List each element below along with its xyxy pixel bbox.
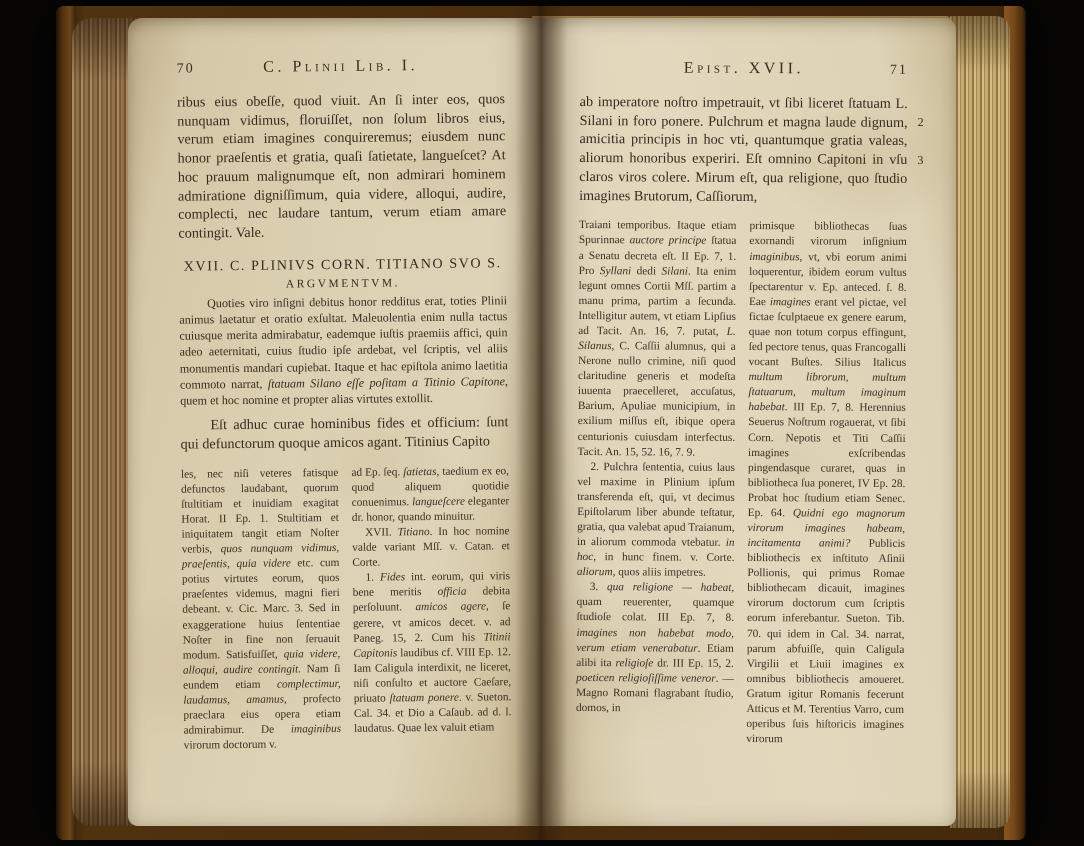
photo-background: 70 C. Plinii Lib. I. ribus eius obeſſe, … xyxy=(0,0,1084,846)
right-page-header: Epist. XVII. 71 xyxy=(580,59,908,79)
commentary-block: les, nec niſi veteres fatisque defunctos… xyxy=(181,464,512,754)
commentary-column: ad Ep. ſeq. ſatietas, taedium ex eo, quo… xyxy=(351,464,511,752)
commentary-block: Traiani temporibus. Itaque etiam Spurinn… xyxy=(576,218,907,748)
letter-body-wrap: ab imperatore noſtro impetrauit, vt ſibi… xyxy=(579,93,908,207)
page-spread: 70 C. Plinii Lib. I. ribus eius obeſſe, … xyxy=(128,18,956,826)
commentary-paragraph: 2. Pulchra ſententia, cuius laus vel max… xyxy=(577,460,735,582)
commentary-paragraph: Traiani temporibus. Itaque etiam Spurinn… xyxy=(578,218,737,460)
argument-text: Quoties viro inſigni debitus honor reddi… xyxy=(179,292,508,409)
open-book: 70 C. Plinii Lib. I. ribus eius obeſſe, … xyxy=(56,6,1026,840)
left-page-content: 70 C. Plinii Lib. I. ribus eius obeſſe, … xyxy=(128,18,542,754)
commentary-paragraph: primisque bibliothecas ſuas exornandi vi… xyxy=(746,219,907,748)
page-number: 71 xyxy=(862,63,908,79)
commentary-column: Traiani temporibus. Itaque etiam Spurinn… xyxy=(576,218,737,747)
gilt-page-edges-right xyxy=(950,16,1010,828)
right-page: Epist. XVII. 71 ab imperatore noſtro imp… xyxy=(542,18,956,826)
section-number-2: 2 xyxy=(918,115,924,130)
commentary-paragraph: ad Ep. ſeq. ſatietas, taedium ex eo, quo… xyxy=(351,464,509,526)
commentary-paragraph: XVII. Titiano. In hoc nomine valde varia… xyxy=(352,524,510,571)
page-fore-edges-left xyxy=(72,18,136,826)
commentary-paragraph: 3. qua religione — habeat, quam reuerent… xyxy=(576,580,734,717)
commentary-column: primisque bibliothecas ſuas exornandi vi… xyxy=(746,219,907,748)
letter-body-text: ribus eius obeſſe, quod viuit. An ſi int… xyxy=(177,90,507,243)
letter-body-text: Eſt adhuc curae hominibus fides et offic… xyxy=(180,413,508,454)
right-page-content: Epist. XVII. 71 ab imperatore noſtro imp… xyxy=(542,18,956,748)
commentary-column: les, nec niſi veteres fatisque defunctos… xyxy=(181,466,341,754)
commentary-paragraph: 1. Fides int. eorum, qui viris bene meri… xyxy=(352,569,511,736)
running-title: C. Plinii Lib. I. xyxy=(223,57,459,77)
argument-heading: ARGVMENTVM. xyxy=(179,276,507,291)
page-number: 70 xyxy=(177,61,223,77)
left-page: 70 C. Plinii Lib. I. ribus eius obeſſe, … xyxy=(128,18,542,826)
section-number-3: 3 xyxy=(917,153,923,168)
letter-body-text: ab imperatore noſtro impetrauit, vt ſibi… xyxy=(579,93,908,207)
left-page-header: 70 C. Plinii Lib. I. xyxy=(177,56,505,77)
commentary-paragraph: les, nec niſi veteres fatisque defunctos… xyxy=(181,466,341,754)
letter-heading: XVII. C. PLINIVS CORN. TITIANO SVO S. xyxy=(179,256,507,275)
running-title: Epist. XVII. xyxy=(626,59,862,78)
